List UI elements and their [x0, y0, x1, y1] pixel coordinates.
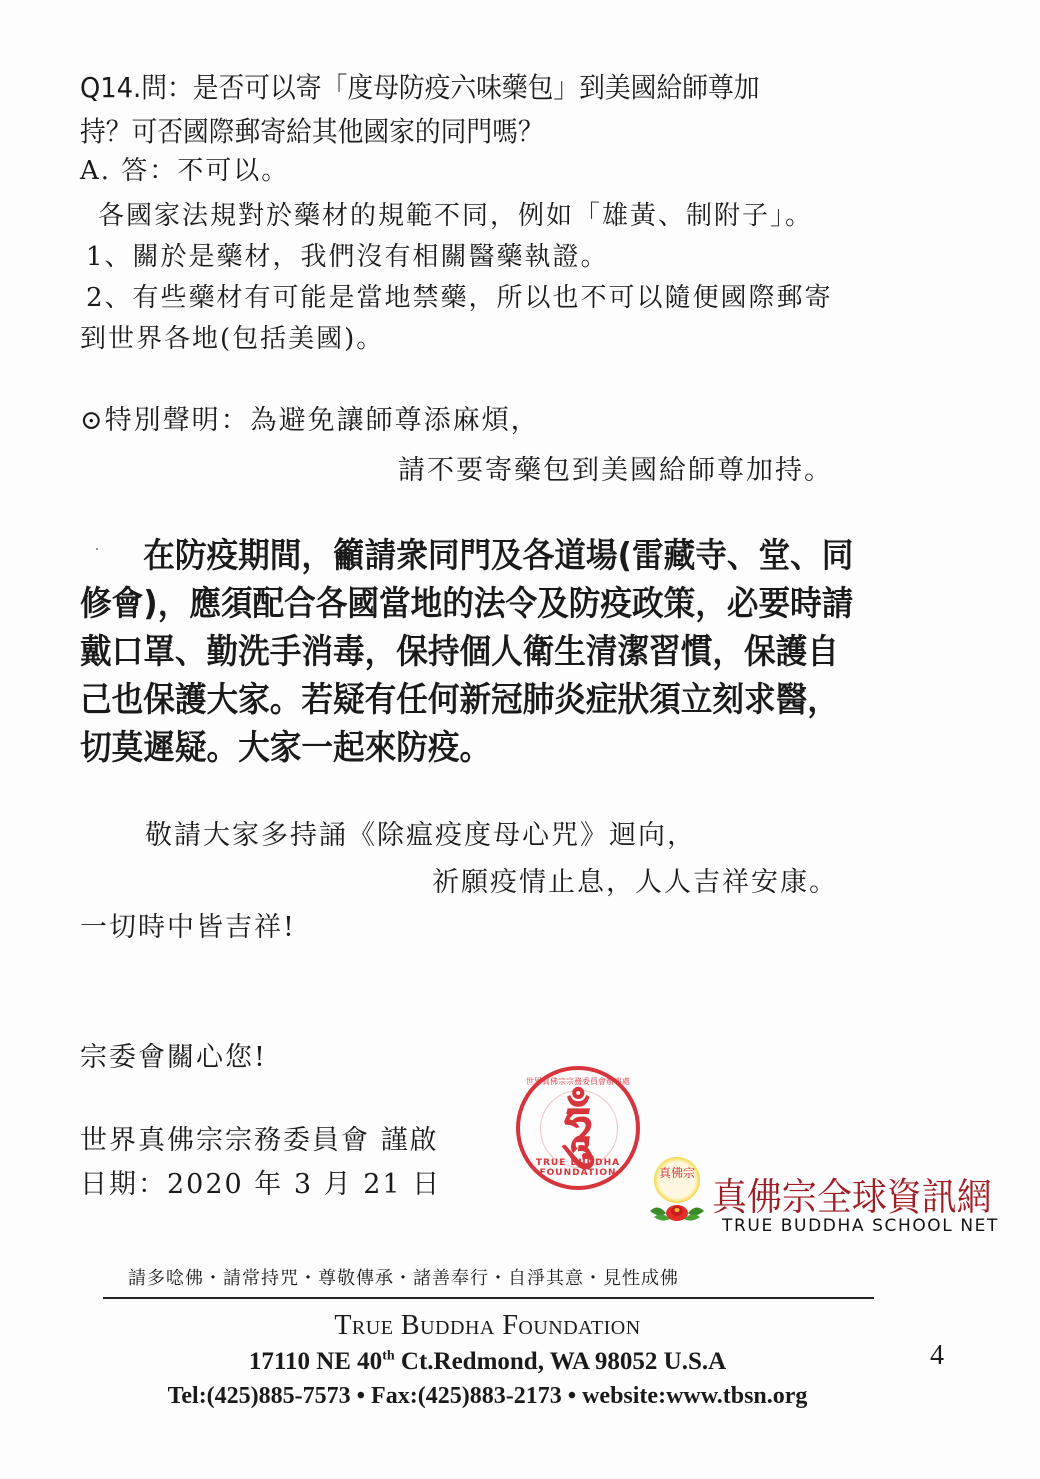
appeal-line-1: 在防疫期間，籲請衆同門及各道場(雷藏寺、堂、同: [80, 532, 889, 580]
page-number: 4: [930, 1340, 944, 1372]
answer-line: A. 答：不可以。: [80, 150, 289, 187]
address-ordinal: th: [382, 1349, 394, 1364]
footer-address: 17110 NE 40th Ct.Redmond, WA 98052 U.S.A: [0, 1348, 975, 1376]
lotus-icon: [648, 1201, 706, 1223]
appeal-line-4: 己也保護大家。若疑有任何新冠肺炎症狀須立刻求醫，: [80, 676, 889, 724]
address-street: Ct.Redmond, WA 98052 U.S.A: [395, 1348, 727, 1375]
explanation-point-2: 2、有些藥材有可能是當地禁藥，所以也不可以隨便國際郵寄: [86, 277, 833, 314]
explanation-point-2-cont: 到世界各地(包括美國)。: [80, 318, 384, 355]
tbsn-logo-title: 真佛宗全球資訊網: [712, 1166, 992, 1221]
footer-contact: Tel:(425)885-7573 • Fax:(425)883-2173 • …: [0, 1383, 975, 1410]
closing-line: 一切時中皆吉祥!: [80, 905, 296, 944]
appeal-paragraph: 在防疫期間，籲請衆同門及各道場(雷藏寺、堂、同 修會)，應須配合各國當地的法令及…: [80, 532, 950, 772]
footer-motto: 請多唸佛・請常持咒・尊敬傳承・諸善奉行・自淨其意・見性成佛: [128, 1264, 679, 1290]
organization-signature: 世界真佛宗宗務委員會 謹啟: [80, 1118, 439, 1157]
explanation-intro: 各國家法規對於藥材的規範不同，例如「雄黃、制附子」。: [98, 195, 813, 232]
footer-foundation-name: True Buddha Foundation: [0, 1310, 975, 1342]
notice-line-2: 請不要寄藥包到美國給師尊加持。: [398, 448, 833, 487]
question-line-1: Q14.問：是否可以寄「度母防疫六味藥包」到美國給師尊加: [80, 66, 759, 106]
foundation-seal: 世界真佛宗宗務委員會辦事處 ཧཱུྃ TRUE BUDDHA FOUNDATIO…: [516, 1066, 640, 1190]
sun-icon: [654, 1157, 700, 1203]
tbsn-logo-badge: 真佛宗: [648, 1157, 706, 1223]
care-line: 宗委會關心您!: [80, 1035, 267, 1074]
blessing-line-2: 祈願疫情止息，人人吉祥安康。: [432, 860, 838, 899]
appeal-line-2: 修會)，應須配合各國當地的法令及防疫政策，必要時請: [80, 580, 889, 628]
seal-bottom-text: TRUE BUDDHA FOUNDATION: [520, 1158, 636, 1178]
tbsn-logo-subtitle: TRUE BUDDHA SCHOOL NET: [722, 1216, 999, 1236]
explanation-point-1: 1、關於是藥材，我們沒有相關醫藥執證。: [86, 236, 609, 273]
badge-text: 真佛宗: [654, 1167, 700, 1180]
footer-divider: [103, 1297, 874, 1299]
appeal-line-3: 戴口罩、勤洗手消毒，保持個人衛生清潔習慣，保護自: [80, 628, 889, 676]
blessing-line-1: 敬請大家多持誦《除瘟疫度母心咒》迴向，: [145, 813, 696, 852]
notice-line-1: ⊙特別聲明：為避免讓師尊添麻煩，: [80, 398, 540, 437]
seal-top-text: 世界真佛宗宗務委員會辦事處: [520, 1076, 636, 1087]
date-line: 日期：2020 年 3 月 21 日: [80, 1162, 441, 1201]
address-number: 17110 NE 40: [249, 1348, 382, 1375]
question-line-2: 持？可否國際郵寄給其他國家的同門嗎？: [80, 110, 544, 150]
seal-hum-syllable-icon: ཧཱུྃ: [520, 1096, 636, 1156]
appeal-line-5: 切莫遲疑。大家一起來防疫。: [80, 724, 889, 772]
